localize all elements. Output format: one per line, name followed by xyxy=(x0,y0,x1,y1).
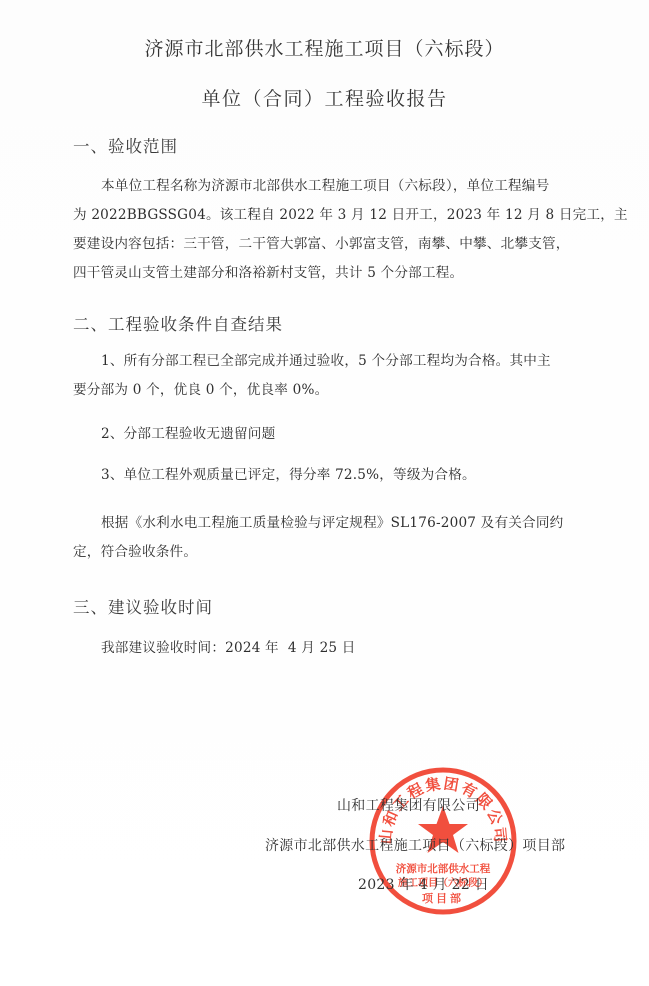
paragraph-line: 3、单位工程外观质量已评定，得分率 72.5%，等级为合格。 xyxy=(73,461,593,490)
section3-paragraph: 我部建议验收时间：2024 年 4 月 25 日 xyxy=(73,634,593,663)
section2-item1: 1、所有分部工程已全部完成并通过验收，5 个分部工程均为合格。其中主 要分部为 … xyxy=(73,347,593,405)
paragraph-line: 要分部为 0 个，优良 0 个，优良率 0%。 xyxy=(73,376,593,405)
signature-date: 2023 年 4 月 22 日 xyxy=(358,874,489,894)
paragraph-line: 1、所有分部工程已全部完成并通过验收，5 个分部工程均为合格。其中主 xyxy=(73,347,593,376)
paragraph-line: 要建设内容包括：三干管，二干管大郭富、小郭富支管，南攀、中攀、北攀支管， xyxy=(73,230,593,259)
section1-heading: 一、验收范围 xyxy=(73,133,178,157)
section2-item2: 2、分部工程验收无遗留问题 xyxy=(73,420,593,449)
paragraph-line: 根据《水利水电工程施工质量检验与评定规程》SL176-2007 及有关合同约 xyxy=(73,509,593,538)
document-title-line1: 济源市北部供水工程施工项目（六标段） xyxy=(0,34,649,61)
document-page: 济源市北部供水工程施工项目（六标段） 单位（合同）工程验收报告 一、验收范围 本… xyxy=(0,0,649,986)
paragraph-line: 2、分部工程验收无遗留问题 xyxy=(73,420,593,449)
paragraph-line: 本单位工程名称为济源市北部供水工程施工项目（六标段），单位工程编号 xyxy=(73,172,593,201)
paragraph-line: 为 2022BBGSSG04。该工程自 2022 年 3 月 12 日开工，20… xyxy=(73,201,593,230)
section3-heading: 三、建议验收时间 xyxy=(73,594,213,618)
signature-department: 济源市北部供水工程施工项目（六标段）项目部 xyxy=(265,835,565,855)
paragraph-line: 我部建议验收时间：2024 年 4 月 25 日 xyxy=(73,634,593,663)
section2-heading: 二、工程验收条件自查结果 xyxy=(73,311,283,335)
paragraph-line: 四干管灵山支管土建部分和洛裕新村支管，共计 5 个分部工程。 xyxy=(73,259,593,288)
section2-item3: 3、单位工程外观质量已评定，得分率 72.5%，等级为合格。 xyxy=(73,461,593,490)
document-title-line2: 单位（合同）工程验收报告 xyxy=(0,84,649,111)
section1-paragraph: 本单位工程名称为济源市北部供水工程施工项目（六标段），单位工程编号 为 2022… xyxy=(73,172,593,288)
signature-company: 山和工程集团有限公司 xyxy=(337,795,480,815)
paragraph-line: 定，符合验收条件。 xyxy=(73,538,593,567)
section2-basis: 根据《水利水电工程施工质量检验与评定规程》SL176-2007 及有关合同约 定… xyxy=(73,509,593,567)
